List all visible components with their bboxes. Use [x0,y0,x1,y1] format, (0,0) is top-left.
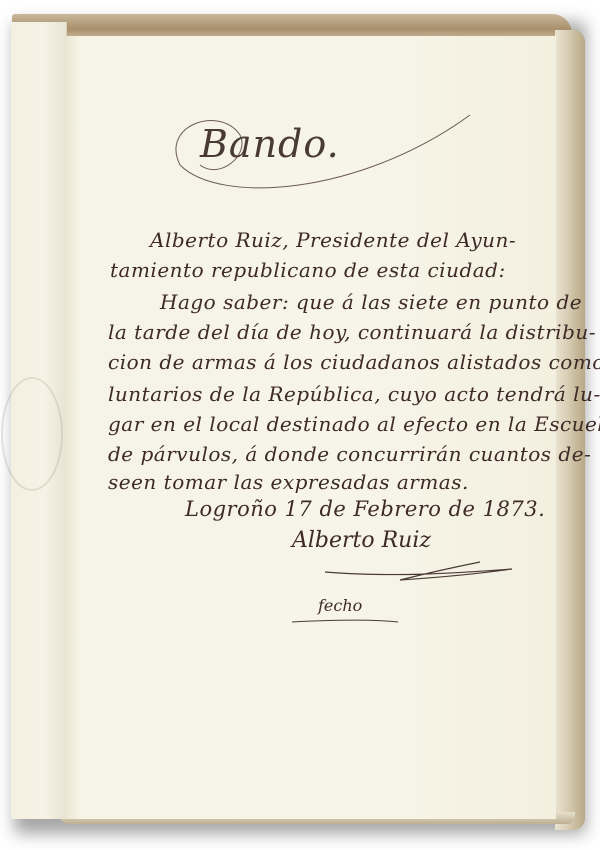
annotation-fecho: fecho [318,596,362,615]
signature-flourish [0,0,600,850]
